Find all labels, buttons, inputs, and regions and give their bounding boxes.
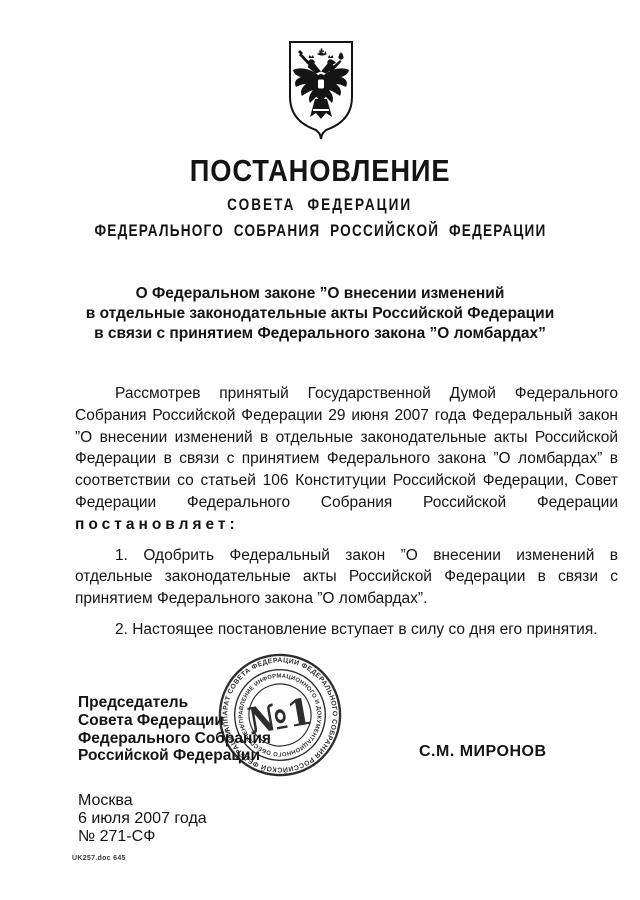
document-subject: О Федеральном законе ”О внесении изменен…	[0, 284, 640, 344]
preamble-paragraph: Рассмотрев принятый Государственной Думо…	[75, 383, 618, 536]
resolution-item-2: 2. Настоящее постановление вступает в си…	[75, 619, 618, 641]
resolution-item-1: 1. Одобрить Федеральный закон ”О внесени…	[75, 545, 618, 610]
document-type-label: ПОСТАНОВЛЕНИЕ	[190, 153, 451, 189]
date: 6 июля 2007 года	[78, 810, 207, 828]
signatory-name: С.М. МИРОНОВ	[419, 743, 547, 761]
russian-coat-of-arms-icon	[286, 39, 356, 143]
document-number: № 271-СФ	[78, 828, 207, 846]
file-reference: UK257.doc 645	[72, 855, 126, 862]
preamble-text: Рассмотрев принятый Государственной Думо…	[75, 385, 618, 511]
city: Москва	[78, 792, 207, 810]
subject-line: в связи с принятием Федерального закона …	[0, 324, 640, 344]
resolves-keyword: постановляет:	[75, 516, 239, 533]
official-round-stamp: АППАРАТ СОВЕТА ФЕДЕРАЦИИ ФЕДЕРАЛЬНОГО СО…	[199, 634, 360, 795]
subject-line: О Федеральном законе ”О внесении изменен…	[0, 284, 640, 304]
subject-line: в отдельные законодательные акты Российс…	[0, 304, 640, 324]
place-date-block: Москва 6 июля 2007 года № 271-СФ	[78, 792, 207, 845]
stamp-number: №1	[245, 689, 316, 743]
org-name-line2: ФЕДЕРАЛЬНОГО СОБРАНИЯ РОССИЙСКОЙ ФЕДЕРАЦ…	[0, 221, 640, 241]
org-name-line1: СОВЕТА ФЕДЕРАЦИИ	[0, 195, 640, 215]
double-headed-eagle	[293, 49, 349, 120]
document-page: ПОСТАНОВЛЕНИЕ СОВЕТА ФЕДЕРАЦИИ ФЕДЕРАЛЬН…	[0, 0, 640, 900]
document-body: Рассмотрев принятый Государственной Думо…	[75, 383, 618, 641]
document-type-heading: ПОСТАНОВЛЕНИЕ	[0, 153, 640, 189]
